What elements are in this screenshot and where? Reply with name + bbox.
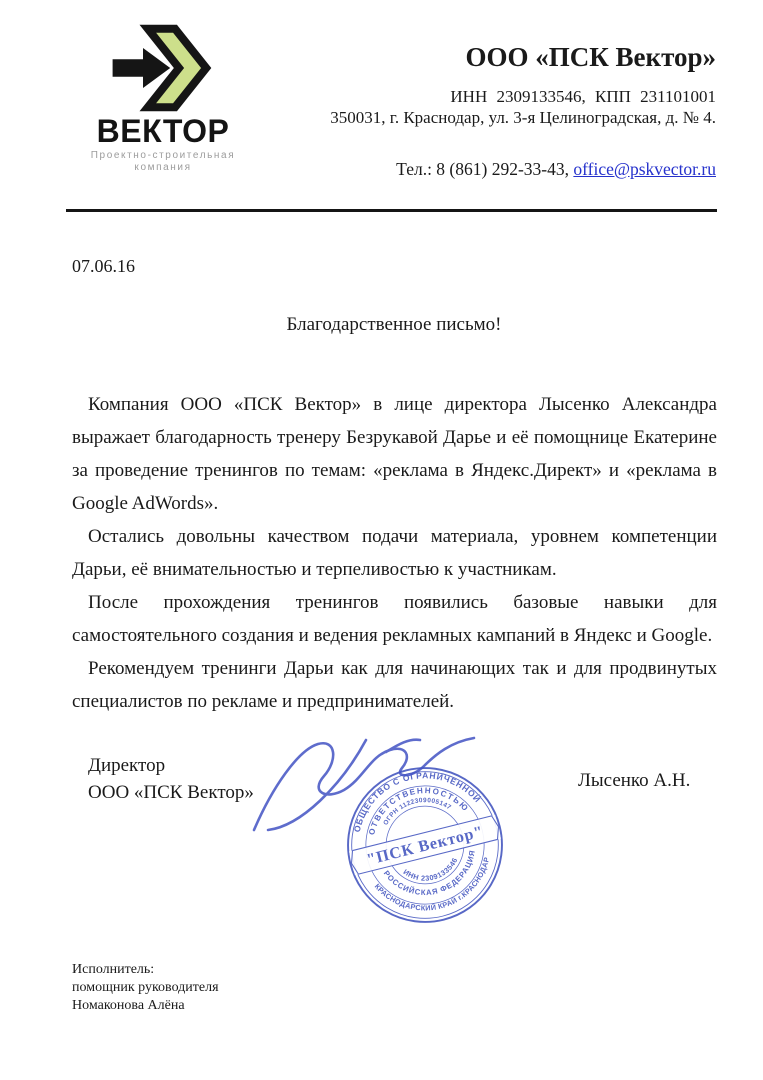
email-link[interactable]: office@pskvector.ru xyxy=(573,159,716,179)
company-logo: ВЕКТОР Проектно-строительная компания xyxy=(88,24,238,173)
logo-tagline: Проектно-строительная компания xyxy=(88,150,238,173)
handwritten-signature-icon xyxy=(246,726,501,838)
paragraph: После прохождения тренингов появились ба… xyxy=(72,586,717,652)
letter-page: ВЕКТОР Проектно-строительная компания ОО… xyxy=(0,0,763,1080)
phone-number: Тел.: 8 (861) 292-33-43, xyxy=(396,159,573,179)
vector-arrow-logo-icon xyxy=(111,24,215,112)
company-address: 350031, г. Краснодар, ул. 3-я Целиноград… xyxy=(330,107,716,128)
header-divider xyxy=(66,209,717,212)
paragraph: Компания ООО «ПСК Вектор» в лице директо… xyxy=(72,388,717,520)
executor-label: Исполнитель: xyxy=(72,961,219,979)
executor-name: Номаконова Алёна xyxy=(72,997,219,1015)
executor-block: Исполнитель: помощник руководителя Номак… xyxy=(72,961,219,1015)
letter-title: Благодарственное письмо! xyxy=(72,314,716,336)
signer-name: Лысенко А.Н. xyxy=(578,770,690,792)
logo-brand-text: ВЕКТОР xyxy=(88,115,238,147)
logo-tagline-line2: компания xyxy=(88,162,238,174)
company-name: ООО «ПСК Вектор» xyxy=(330,40,716,74)
company-inn-kpp: ИНН 2309133546, КПП 231101001 xyxy=(330,86,716,107)
paragraph: Остались довольны качеством подачи матер… xyxy=(72,520,717,586)
signer-role-line2: ООО «ПСК Вектор» xyxy=(88,779,254,806)
paragraph: Рекомендуем тренинги Дарьи как для начин… xyxy=(72,652,717,718)
executor-role: помощник руководителя xyxy=(72,979,219,997)
signer-role: Директор ООО «ПСК Вектор» xyxy=(88,752,254,806)
company-contacts: Тел.: 8 (861) 292-33-43, office@pskvecto… xyxy=(330,159,716,180)
letter-body: Компания ООО «ПСК Вектор» в лице директо… xyxy=(72,388,717,718)
logo-tagline-line1: Проектно-строительная xyxy=(88,150,238,162)
company-requisites: ООО «ПСК Вектор» ИНН 2309133546, КПП 231… xyxy=(330,40,716,180)
signer-role-line1: Директор xyxy=(88,752,254,779)
letter-date: 07.06.16 xyxy=(72,256,135,277)
